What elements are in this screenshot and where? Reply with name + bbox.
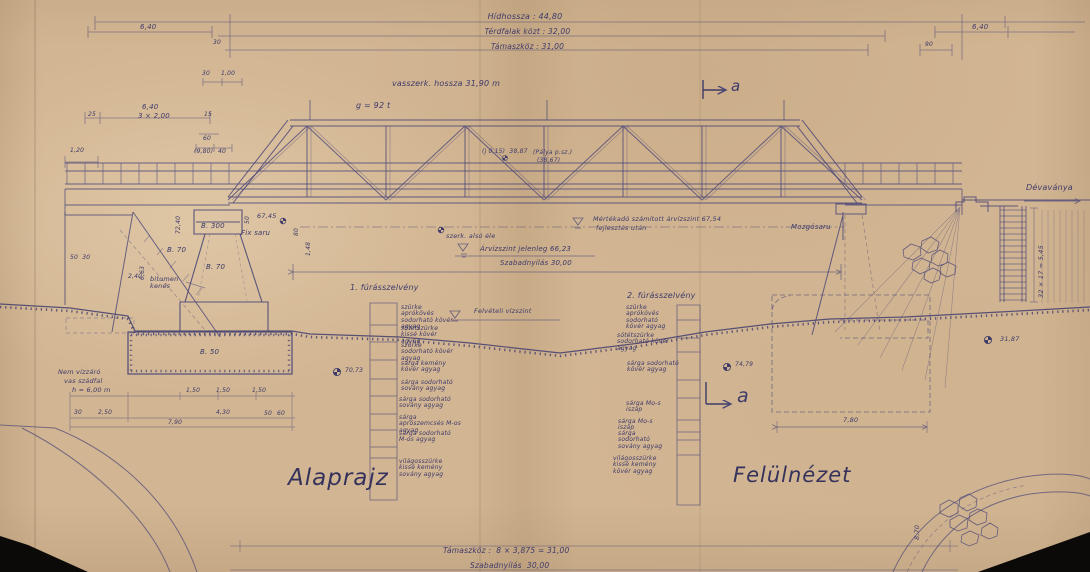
footing-dim-r2a: 30 (74, 410, 82, 416)
dim-right-approach: 6,40 (972, 24, 988, 32)
borehole2-layer: sötétszürke sodorható kövér agyag (617, 333, 672, 352)
dim-60: 60 (203, 136, 211, 142)
dim-5030: 50 30 (70, 255, 90, 261)
direction-devavanya: Dévaványa (1026, 184, 1073, 193)
sheetpile-note-1: Nem vízzáró (58, 369, 101, 376)
footing-dim-r1b: 1,50 (216, 388, 230, 394)
pier-cap-label: B. 300 (201, 223, 225, 231)
borehole1-layer: sárga kemény kövér agyag (401, 361, 456, 374)
dim-span: Támaszköz : 31,00 (465, 43, 590, 51)
dim-148-rot: 1,48 (306, 242, 312, 256)
dim-30: 30 (213, 40, 221, 46)
dim-663-rot: 6,63 (140, 266, 146, 280)
title-felulnezet: Felülnézet (733, 464, 851, 487)
borehole2-layer: sárga Mo-s iszap (626, 401, 668, 414)
current-flood-label: Árvízszint jelenleg 66,23 (480, 246, 571, 254)
dim-100: 1,00 (221, 71, 235, 77)
benchmark-7479: 74,79 (735, 362, 753, 368)
sheetpile-note-2: vas szádfal (64, 378, 102, 385)
dim-sleepers: 3 × 2,00 (138, 113, 170, 121)
right-abutment (812, 197, 1090, 388)
dim-approach2: 6,40 (142, 104, 158, 112)
pier-shaft-upper-label: B. 70 (167, 247, 186, 255)
footing-dim-r2d: 50 (264, 411, 272, 417)
truss-weight: g = 92 t (356, 102, 390, 111)
design-flood-label: Mértékadó számított árvízszint 67,54 (593, 216, 721, 223)
structure-edge-label: szerk. alsó éle (446, 233, 495, 240)
riprap-stones (903, 237, 956, 283)
footing-dim-total: 7,90 (168, 420, 182, 426)
borehole1-layer: sárga sodorható sovány agyag (401, 380, 456, 393)
dim-15: 15 (204, 112, 212, 118)
footing-dim-r1c: 1,50 (252, 388, 266, 394)
borehole1-layer: világosszürke kissé kemény sovány agyag (399, 459, 454, 478)
borehole2-layer: világosszürke kissé kemény kövér agyag (613, 456, 663, 475)
section-letter-bottom: a (737, 386, 749, 407)
borehole2-title: 2. fúrásszelvény (627, 292, 696, 301)
dim-980: (9,80) (194, 149, 213, 155)
track-level-value: (38,67) (537, 158, 560, 164)
title-alaprajz: Alaprajz (288, 466, 389, 491)
dim-left-approach: 6,40 (140, 24, 156, 32)
dim-90: 90 (925, 42, 933, 48)
dim-30b: 30 (202, 71, 210, 77)
footing-dim-r2c: 4,30 (216, 410, 230, 416)
plan-width-780: 7,80 (843, 417, 858, 424)
dim-870-rot: 8,70 (914, 525, 921, 540)
section-markers (703, 80, 731, 404)
dim-between-kneewalls: Térdfalak közt : 32,00 (460, 28, 595, 36)
bitumen-coating-label: bitumen kenés (150, 276, 192, 290)
rail-level-note: (j 0,15) 38,87 (482, 149, 528, 155)
dim-25: 25 (88, 112, 96, 118)
bottom-span-dim: Támaszköz : 8 × 3,875 = 31,00 (443, 547, 570, 555)
borehole1-layer: sárga sodorható sovány agyag (399, 397, 457, 410)
movable-bearing-label: Mozgósaru (791, 224, 831, 232)
dim-7240-rot: 72,40 (176, 216, 182, 234)
truss-steel-length: vasszerk. hossza 31,90 m (392, 80, 500, 89)
fixed-bearing-label: Fix saru (241, 230, 270, 238)
level-6745: 67,45 (257, 213, 277, 220)
ground-line (0, 304, 1090, 356)
section-letter-top: a (731, 78, 740, 94)
pier-shaft-lower-label: B. 70 (206, 264, 225, 272)
bottom-dimensions (230, 540, 958, 570)
dim-80-rot: 80 (294, 228, 300, 236)
flood-level-lines (293, 218, 845, 321)
top-dimension-lines (65, 14, 1085, 168)
dim-40: 40 (218, 149, 226, 155)
survey-level-label: Felvételi vízszint (474, 308, 532, 315)
borehole2-layer: sárga sodorható kövér agyag (627, 361, 679, 374)
borehole2-layer: sárga sodorható sovány agyag (618, 431, 666, 450)
dim-120: 1,20 (70, 148, 84, 154)
benchmark-7073: 70,73 (345, 368, 363, 374)
benchmark-3187: 31,87 (1000, 336, 1020, 343)
clear-span-label: Szabadnyílás 30,00 (500, 260, 572, 268)
footing-dim-r2e: 60 (277, 411, 285, 417)
bottom-clear-dim: Szabadnyílás 30,00 (470, 562, 549, 570)
blueprint-sheet: Hídhossza : 44,80 Térdfalak közt : 32,00… (0, 0, 1090, 572)
dim-50-rot: 50 (245, 216, 251, 224)
dim-bridge-length: Hídhossza : 44,80 (465, 13, 585, 22)
footing-dim-r1a: 1,50 (186, 388, 200, 394)
design-flood-label2: fejlesztés után (596, 225, 646, 232)
footing-dim-r2b: 2,50 (98, 410, 112, 416)
borehole2-layer: szürke aprókövés sodorható kövér agyag (626, 305, 670, 331)
track-level-note: (Pálya p.sz.) (533, 150, 572, 156)
borehole1-title: 1. fúrásszelvény (350, 284, 419, 293)
borehole1-layer: sárga sodorható M-os agyag (399, 431, 459, 444)
sheetpile-note-3: h = 6,00 m (72, 387, 111, 394)
stairs-dim-rot: 32 × 17 = 5,45 (1038, 245, 1045, 298)
pier-footing-label: B. 50 (200, 349, 219, 357)
